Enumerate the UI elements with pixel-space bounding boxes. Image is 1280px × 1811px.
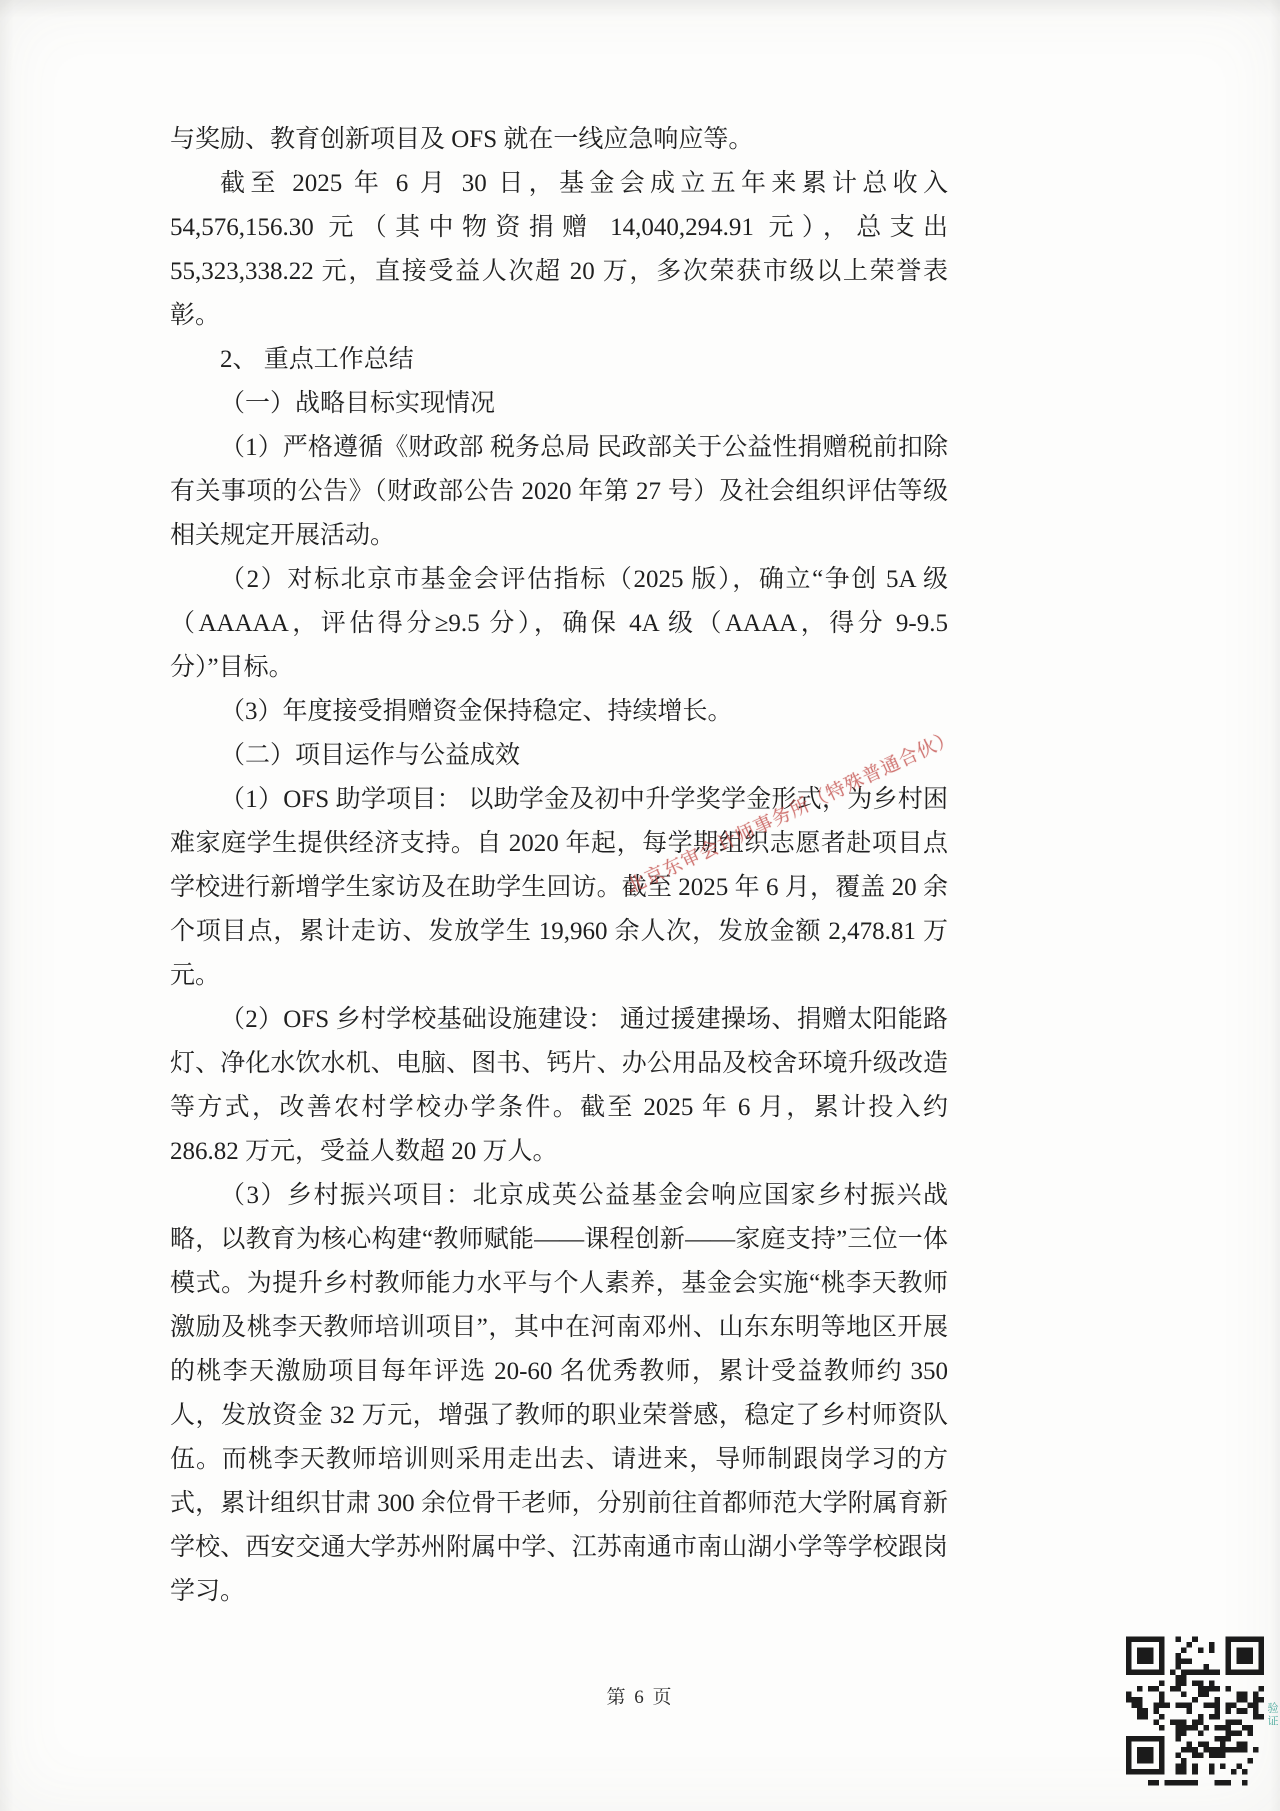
paragraph: 与奖励、教育创新项目及 OFS 就在一线应急响应等。 bbox=[170, 118, 948, 162]
paragraph: （二）项目运作与公益成效 bbox=[170, 734, 948, 778]
paragraph: （一）战略目标实现情况 bbox=[170, 382, 948, 426]
qr-caption: 验证 bbox=[1264, 1702, 1280, 1728]
paragraph: （1）OFS 助学项目： 以助学金及初中升学奖学金形式，为乡村困难家庭学生提供经… bbox=[170, 778, 948, 998]
document-page: 与奖励、教育创新项目及 OFS 就在一线应急响应等。截至 2025 年 6 月 … bbox=[0, 0, 1280, 1811]
paragraph: （3）乡村振兴项目：北京成英公益基金会响应国家乡村振兴战略，以教育为核心构建“教… bbox=[170, 1174, 948, 1614]
paragraph: （2）对标北京市基金会评估指标（2025 版），确立“争创 5A 级（AAAAA… bbox=[170, 558, 948, 690]
qr-block: 验证 bbox=[1126, 1636, 1276, 1796]
paragraph: （1）严格遵循《财政部 税务总局 民政部关于公益性捐赠税前扣除有关事项的公告》（… bbox=[170, 426, 948, 558]
paragraph: 截至 2025 年 6 月 30 日，基金会成立五年来累计总收入 54,576,… bbox=[170, 162, 948, 338]
page-number: 第 6 页 bbox=[0, 1682, 1280, 1709]
qr-code-icon bbox=[1126, 1636, 1264, 1786]
paragraph: 2、 重点工作总结 bbox=[170, 338, 948, 382]
paragraph: （3）年度接受捐赠资金保持稳定、持续增长。 bbox=[170, 690, 948, 734]
document-body: 与奖励、教育创新项目及 OFS 就在一线应急响应等。截至 2025 年 6 月 … bbox=[170, 118, 948, 1614]
paragraph: （2）OFS 乡村学校基础设施建设： 通过援建操场、捐赠太阳能路灯、净化水饮水机… bbox=[170, 998, 948, 1174]
